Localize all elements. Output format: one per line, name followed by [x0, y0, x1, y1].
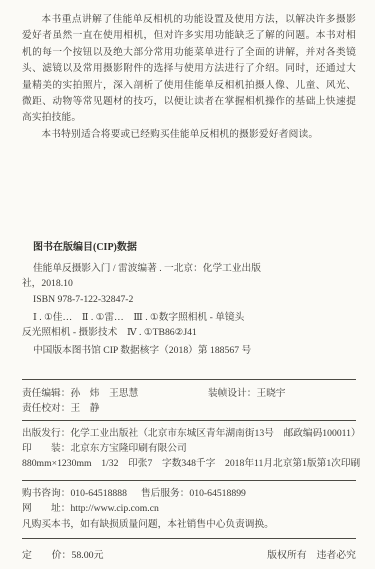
website-label: 网 址： — [22, 503, 70, 514]
proofreader-row: 责任校对：王 静 — [22, 401, 356, 416]
intro-section: 本书重点讲解了佳能单反相机的功能设置及使用方法，以解决许多摄影爱好者虽然一直在使… — [22, 12, 356, 143]
cip-isbn: ISBN 978-7-122-32847-2 — [22, 293, 356, 307]
cip-section: 图书在版编目(CIP)数据 佳能单反摄影入门 / 雷波编著 . 一北京：化学工业… — [22, 238, 356, 358]
contact-section: 购书咨询：010-64518888售后服务：010-64518899 网 址：h… — [22, 481, 356, 535]
cip-classification-line-1: Ⅰ . ①佳… Ⅱ . ①雷… Ⅲ . ①数字照相机 - 单镜头 — [22, 311, 356, 325]
printer-row: 印 装：北京东方宝隆印刷有限公司 — [22, 441, 356, 456]
publishing-section: 出版发行：化学工业出版社（北京市东城区青年湖南街13号 邮政编码100011） … — [22, 421, 356, 476]
intro-paragraph-1: 本书重点讲解了佳能单反相机的功能设置及使用方法，以解决许多摄影爱好者虽然一直在使… — [22, 12, 356, 127]
price-label: 定 价： — [22, 550, 71, 561]
purchase-phone-label: 购书咨询： — [22, 488, 70, 499]
cip-registry-number: 中国版本图书馆 CIP 数据核字（2018）第 188567 号 — [22, 344, 356, 358]
editor-cell: 责任编辑：孙 炜 王思慧 — [22, 386, 208, 401]
publisher-value: 化学工业出版社（北京市东城区青年湖南街13号 邮政编码100011） — [70, 428, 360, 439]
website-url: http://www.cip.com.cn — [70, 503, 158, 514]
proofreader-name: 王 静 — [70, 403, 99, 414]
service-phone-number: 010-64518899 — [189, 488, 246, 499]
cip-title-entry: 佳能单反摄影入门 / 雷波编著 . 一北京：化学工业出版 社，2018.10 — [22, 262, 356, 291]
design-label: 装帧设计： — [208, 388, 256, 399]
cip-classification-line-2: 反光照相机 - 摄影技术 Ⅳ . ①TB86②J41 — [22, 326, 356, 340]
format-spec-row: 880mm×1230mm 1/32 印张7 字数348千字 2018年11月北京… — [22, 456, 356, 471]
exchange-notice-row: 凡购买本书，如有缺损质量问题，本社销售中心负责调换。 — [22, 517, 356, 532]
designer-name: 王晓宇 — [256, 388, 285, 399]
book-copyright-page: 本书重点讲解了佳能单反相机的功能设置及使用方法，以解决许多摄影爱好者虽然一直在使… — [0, 0, 375, 569]
purchase-phone-number: 010-64518888 — [70, 488, 127, 499]
website-row: 网 址：http://www.cip.com.cn — [22, 501, 356, 516]
phone-row: 购书咨询：010-64518888售后服务：010-64518899 — [22, 486, 356, 501]
publisher-row: 出版发行：化学工业出版社（北京市东城区青年湖南街13号 邮政编码100011） — [22, 426, 356, 441]
cip-classification: Ⅰ . ①佳… Ⅱ . ①雷… Ⅲ . ①数字照相机 - 单镜头 反光照相机 -… — [22, 311, 356, 340]
credits-section: 责任编辑：孙 炜 王思慧 装帧设计：王晓宇 责任校对：王 静 — [22, 380, 356, 417]
footer-section: 定 价：58.00元 版权所有 违者必究 — [22, 539, 356, 563]
price-row: 定 价：58.00元 — [22, 548, 104, 563]
intro-paragraph-2: 本书特别适合将要或已经购买佳能单反相机的摄影爱好者阅读。 — [22, 127, 356, 143]
design-cell: 装帧设计：王晓宇 — [208, 386, 286, 401]
copyright-notice: 版权所有 违者必究 — [267, 548, 356, 563]
printer-label: 印 装： — [22, 443, 70, 454]
publisher-label: 出版发行： — [22, 428, 70, 439]
proofreader-label: 责任校对： — [22, 403, 70, 414]
cip-title-line-1: 佳能单反摄影入门 / 雷波编著 . 一北京：化学工业出版 — [22, 262, 356, 276]
price-value: 58.00元 — [71, 550, 103, 561]
cip-heading: 图书在版编目(CIP)数据 — [22, 238, 356, 253]
editor-label: 责任编辑： — [22, 388, 70, 399]
editor-row: 责任编辑：孙 炜 王思慧 装帧设计：王晓宇 — [22, 386, 356, 401]
service-phone-label: 售后服务： — [141, 488, 189, 499]
cip-title-line-2: 社，2018.10 — [22, 277, 356, 291]
editor-names: 孙 炜 王思慧 — [70, 388, 138, 399]
printer-value: 北京东方宝隆印刷有限公司 — [70, 443, 186, 454]
